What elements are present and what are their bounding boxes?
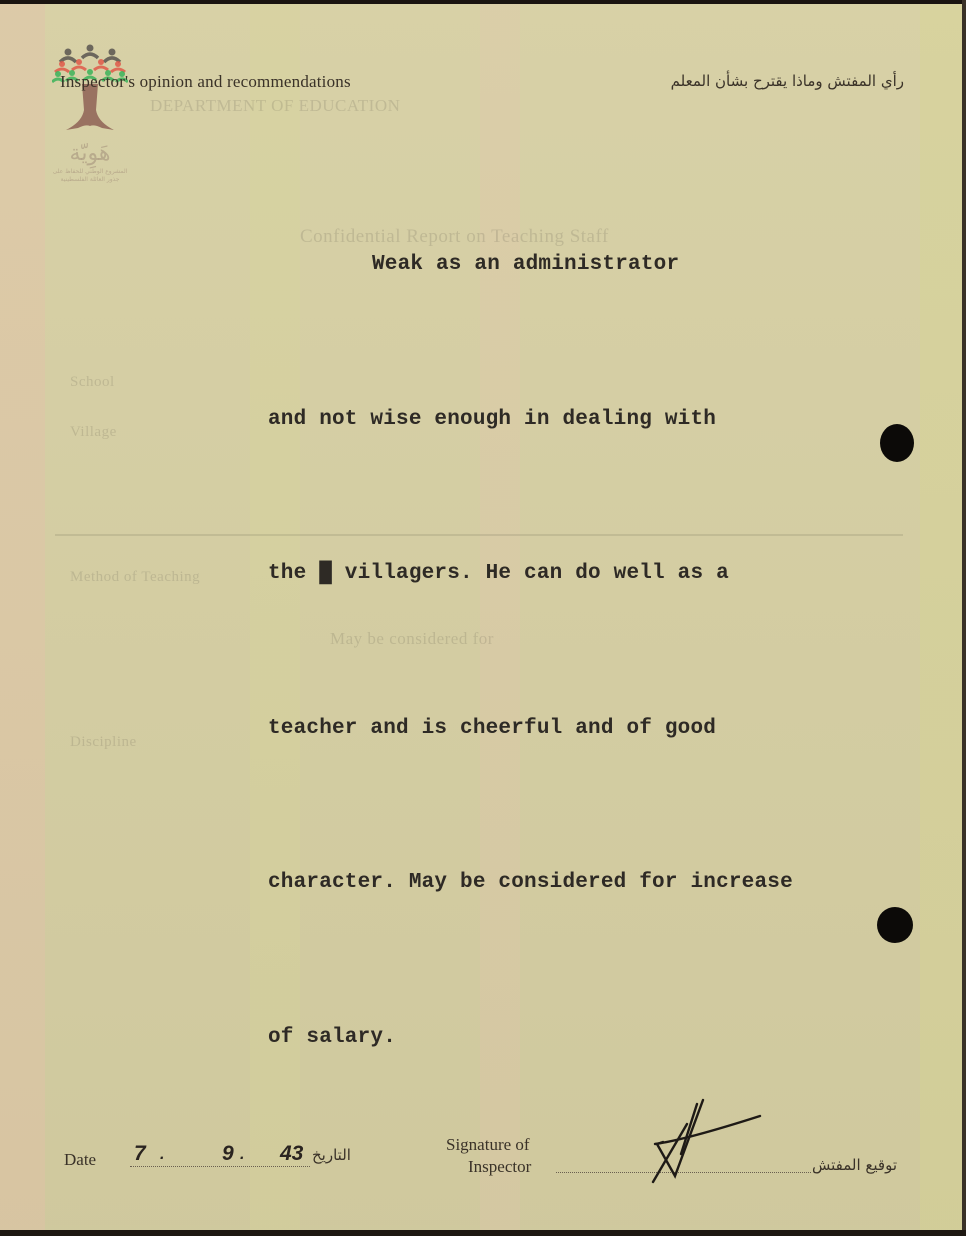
watermark-caption: هَوِيّة المشروع الوطني للحفاظ على جذور ا…: [50, 140, 130, 184]
typed-line: character. May be considered for increas…: [268, 857, 793, 909]
date-separator: .: [240, 1146, 244, 1164]
typed-recommendation: Weak as an administrator and not wise en…: [268, 136, 793, 1166]
scan-border: [0, 1230, 966, 1236]
document-page: DEPARTMENT OF EDUCATION Confidential Rep…: [0, 4, 962, 1230]
signature-label-line1: Signature of: [446, 1135, 530, 1154]
ghost-text: DEPARTMENT OF EDUCATION: [150, 96, 400, 116]
section-heading-english: Inspector's opinion and recommendations: [60, 72, 351, 92]
ghost-text: Village: [70, 424, 117, 441]
date-dotted-line: [130, 1166, 310, 1167]
scan-border: [962, 0, 966, 1236]
punch-hole: [877, 907, 913, 943]
signature-label-line2: Inspector: [446, 1156, 531, 1178]
date-year: 43: [280, 1142, 303, 1166]
date-label-arabic: التاريخ: [312, 1146, 351, 1164]
signature-label-arabic: توقيع المفتش: [812, 1156, 897, 1174]
date-month: 9: [222, 1142, 234, 1166]
typed-line: Weak as an administrator: [268, 239, 793, 291]
section-heading-arabic: رأي المفتش وماذا يقترح بشأن المعلم: [671, 72, 904, 90]
typed-line: of salary.: [268, 1012, 793, 1064]
typed-line: and not wise enough in dealing with: [268, 394, 793, 446]
typed-line: teacher and is cheerful and of good: [268, 703, 793, 755]
date-label: Date: [64, 1150, 96, 1170]
handwritten-signature-icon: [645, 1094, 770, 1189]
watermark-subtitle-1: المشروع الوطني للحفاظ على: [50, 168, 130, 176]
typed-line: the █ villagers. He can do well as a: [268, 548, 793, 600]
signature-label: Signature of Inspector: [446, 1134, 531, 1178]
date-day: 7: [134, 1142, 146, 1166]
ghost-text: School: [70, 374, 115, 391]
watermark-subtitle-2: جذور العائلة الفلسطينية: [50, 176, 130, 184]
ghost-text: Method of Teaching: [70, 569, 200, 586]
date-separator: .: [160, 1146, 164, 1164]
punch-hole: [880, 424, 914, 462]
watermark-title: هَوِيّة: [50, 140, 130, 168]
ghost-text: Discipline: [70, 734, 137, 751]
